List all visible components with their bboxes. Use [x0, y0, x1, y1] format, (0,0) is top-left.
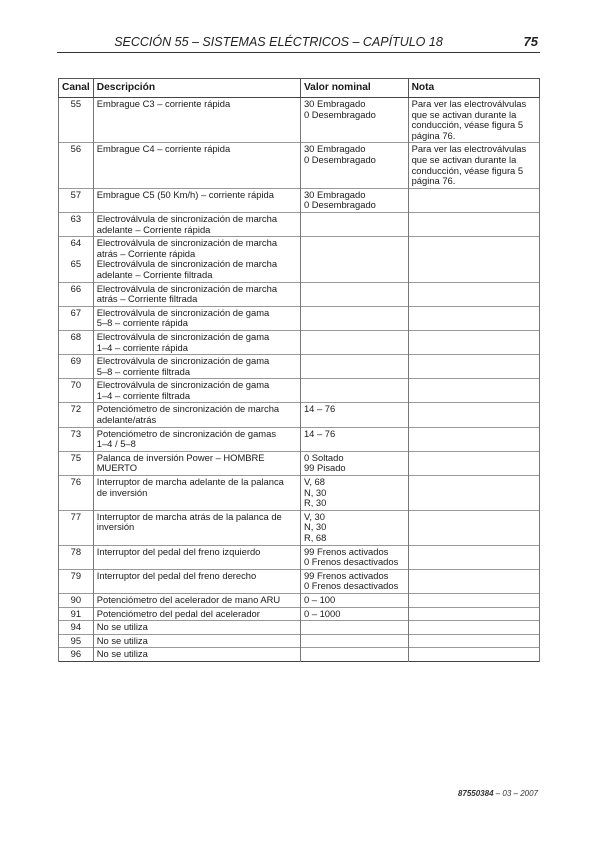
cell-canal: 90	[59, 594, 94, 608]
cell-nota: Para ver las electroválvulasque se activ…	[408, 98, 539, 143]
table-row: 67Electroválvula de sincronización de ga…	[59, 306, 540, 330]
cell-text: 69	[59, 356, 93, 367]
cell-valor-nominal: 30 Embragado0 Desembragado	[300, 188, 408, 212]
table-row: 95No se utiliza	[59, 634, 540, 648]
cell-text: 0 Desembragado	[304, 110, 405, 121]
cell-text: R, 68	[304, 533, 405, 544]
cell-text: Embrague C5 (50 Km/h) – corriente rápida	[97, 190, 297, 201]
cell-nota	[408, 569, 539, 593]
cell-canal: 75	[59, 451, 94, 475]
cell-descripcion: Electroválvula de sincronización de marc…	[93, 237, 300, 282]
cell-text: de inversión	[97, 488, 297, 499]
cell-text: 1–4 – corriente filtrada	[97, 391, 297, 402]
cell-text: 68	[59, 332, 93, 343]
document-number: 87550384	[458, 789, 494, 798]
cell-text: 66	[59, 284, 93, 295]
cell-text: 91	[59, 609, 93, 620]
cell-canal: 66	[59, 282, 94, 306]
cell-canal: 95	[59, 634, 94, 648]
cell-valor-nominal	[300, 634, 408, 648]
cell-text: R, 30	[304, 498, 405, 509]
cell-valor-nominal	[300, 212, 408, 236]
column-header-nota: Nota	[408, 79, 539, 98]
cell-text: atrás – Corriente filtrada	[97, 294, 297, 305]
cell-descripcion: Potenciómetro del pedal del acelerador	[93, 607, 300, 621]
cell-canal: 78	[59, 545, 94, 569]
table-row: 63Electroválvula de sincronización de ma…	[59, 212, 540, 236]
cell-valor-nominal: 14 – 76	[300, 403, 408, 427]
column-header-descripcion: Descripción	[93, 79, 300, 98]
cell-nota	[408, 306, 539, 330]
cell-text: 5–8 – corriente filtrada	[97, 367, 297, 378]
cell-valor-nominal	[300, 355, 408, 379]
cell-descripcion: Electroválvula de sincronización de gama…	[93, 379, 300, 403]
cell-valor-nominal: 99 Frenos activados0 Frenos desactivados	[300, 569, 408, 593]
cell-valor-nominal	[300, 621, 408, 635]
cell-descripcion: Electroválvula de sincronización de marc…	[93, 212, 300, 236]
cell-text: 79	[59, 571, 93, 582]
cell-text: 73	[59, 429, 93, 440]
cell-text: adelante/atrás	[97, 415, 297, 426]
table-row: 94No se utiliza	[59, 621, 540, 635]
table-row: 69Electroválvula de sincronización de ga…	[59, 355, 540, 379]
cell-canal: 56	[59, 143, 94, 188]
table-row: 72Potenciómetro de sincronización de mar…	[59, 403, 540, 427]
cell-text: Interruptor del pedal del freno derecho	[97, 571, 297, 582]
page-footer: 87550384 – 03 – 2007	[458, 789, 538, 798]
cell-nota	[408, 355, 539, 379]
table-row: 96No se utiliza	[59, 648, 540, 662]
cell-text: Para ver las electroválvulas	[412, 99, 536, 110]
cell-valor-nominal: 99 Frenos activados0 Frenos desactivados	[300, 545, 408, 569]
cell-text: 94	[59, 622, 93, 633]
cell-text: 0 Frenos desactivados	[304, 581, 405, 592]
cell-text: 63	[59, 214, 93, 225]
cell-descripcion: Electroválvula de sincronización de gama…	[93, 330, 300, 354]
cell-descripcion: Interruptor de marcha adelante de la pal…	[93, 476, 300, 511]
cell-descripcion: Potenciómetro del acelerador de mano ARU	[93, 594, 300, 608]
cell-text: Electroválvula de sincronización de gama	[97, 332, 297, 343]
cell-text: 0 – 100	[304, 595, 405, 606]
cell-text: página 76.	[412, 131, 536, 142]
cell-nota	[408, 188, 539, 212]
cell-text: 56	[59, 144, 93, 155]
cell-text: Potenciómetro del acelerador de mano ARU	[97, 595, 297, 606]
table-row: 56Embrague C4 – corriente rápida30 Embra…	[59, 143, 540, 188]
table-row: 68Electroválvula de sincronización de ga…	[59, 330, 540, 354]
cell-nota	[408, 545, 539, 569]
table-row: 70Electroválvula de sincronización de ga…	[59, 379, 540, 403]
cell-canal: 77	[59, 510, 94, 545]
cell-canal: 64 65	[59, 237, 94, 282]
cell-descripcion: No se utiliza	[93, 621, 300, 635]
table-row: 73Potenciómetro de sincronización de gam…	[59, 427, 540, 451]
cell-valor-nominal	[300, 282, 408, 306]
cell-text: adelante – Corriente filtrada	[97, 270, 297, 281]
section-title: SECCIÓN 55 – SISTEMAS ELÉCTRICOS – CAPÍT…	[57, 35, 500, 49]
cell-nota	[408, 330, 539, 354]
cell-text: 72	[59, 404, 93, 415]
cell-text: No se utiliza	[97, 622, 297, 633]
cell-text: inversión	[97, 522, 297, 533]
cell-text: 30 Embragado	[304, 99, 405, 110]
cell-valor-nominal: 30 Embragado0 Desembragado	[300, 98, 408, 143]
cell-valor-nominal: V, 68N, 30R, 30	[300, 476, 408, 511]
cell-descripcion: Embrague C3 – corriente rápida	[93, 98, 300, 143]
table-row: 64 65Electroválvula de sincronización de…	[59, 237, 540, 282]
cell-descripcion: Potenciómetro de sincronización de march…	[93, 403, 300, 427]
cell-descripcion: Electroválvula de sincronización de marc…	[93, 282, 300, 306]
cell-descripcion: Palanca de inversión Power – HOMBREMUERT…	[93, 451, 300, 475]
cell-text: 1–4 / 5–8	[97, 439, 297, 450]
cell-canal: 72	[59, 403, 94, 427]
cell-canal: 57	[59, 188, 94, 212]
cell-text: 5–8 – corriente rápida	[97, 318, 297, 329]
cell-nota	[408, 403, 539, 427]
cell-nota	[408, 607, 539, 621]
cell-canal: 79	[59, 569, 94, 593]
cell-valor-nominal: 0 – 1000	[300, 607, 408, 621]
cell-text: Interruptor del pedal del freno izquierd…	[97, 547, 297, 558]
cell-text: adelante – Corriente rápida	[97, 225, 297, 236]
cell-nota	[408, 648, 539, 662]
cell-canal: 73	[59, 427, 94, 451]
cell-text: 0 – 1000	[304, 609, 405, 620]
cell-canal: 63	[59, 212, 94, 236]
cell-text: 96	[59, 649, 93, 660]
cell-text: MUERTO	[97, 463, 297, 474]
cell-descripcion: Interruptor de marcha atrás de la palanc…	[93, 510, 300, 545]
cell-text: 78	[59, 547, 93, 558]
page-header: SECCIÓN 55 – SISTEMAS ELÉCTRICOS – CAPÍT…	[57, 30, 540, 53]
cell-text: que se activan durante la	[412, 155, 536, 166]
table-body: 55Embrague C3 – corriente rápida30 Embra…	[59, 98, 540, 662]
column-header-valor-nominal: Valor nominal	[300, 79, 408, 98]
table-row: 91Potenciómetro del pedal del acelerador…	[59, 607, 540, 621]
cell-text: 0 Desembragado	[304, 155, 405, 166]
cell-nota	[408, 451, 539, 475]
cell-descripcion: No se utiliza	[93, 634, 300, 648]
cell-text: 70	[59, 380, 93, 391]
table-header-row: Canal Descripción Valor nominal Nota	[59, 79, 540, 98]
cell-valor-nominal: 0 Soltado99 Pisado	[300, 451, 408, 475]
table-row: 55Embrague C3 – corriente rápida30 Embra…	[59, 98, 540, 143]
column-header-canal: Canal	[59, 79, 94, 98]
cell-descripcion: Electroválvula de sincronización de gama…	[93, 355, 300, 379]
cell-text: Potenciómetro del pedal del acelerador	[97, 609, 297, 620]
cell-text: 75	[59, 453, 93, 464]
cell-valor-nominal	[300, 330, 408, 354]
cell-text: No se utiliza	[97, 636, 297, 647]
document-date: – 03 – 2007	[494, 789, 538, 798]
cell-nota	[408, 476, 539, 511]
table-row: 90Potenciómetro del acelerador de mano A…	[59, 594, 540, 608]
table-row: 66Electroválvula de sincronización de ma…	[59, 282, 540, 306]
cell-valor-nominal	[300, 306, 408, 330]
cell-nota	[408, 379, 539, 403]
cell-descripcion: Potenciómetro de sincronización de gamas…	[93, 427, 300, 451]
cell-valor-nominal	[300, 237, 408, 282]
cell-text: 65	[59, 259, 93, 270]
cell-nota: Para ver las electroválvulasque se activ…	[408, 143, 539, 188]
cell-descripcion: Embrague C4 – corriente rápida	[93, 143, 300, 188]
cell-nota	[408, 237, 539, 282]
table-row: 76Interruptor de marcha adelante de la p…	[59, 476, 540, 511]
cell-canal: 94	[59, 621, 94, 635]
cell-text: 55	[59, 99, 93, 110]
cell-nota	[408, 212, 539, 236]
cell-text: 0 Frenos desactivados	[304, 557, 405, 568]
cell-descripcion: Interruptor del pedal del freno izquierd…	[93, 545, 300, 569]
cell-text: 1–4 – corriente rápida	[97, 343, 297, 354]
cell-text: 14 – 76	[304, 429, 405, 440]
cell-text: 0 Desembragado	[304, 200, 405, 211]
cell-valor-nominal: V, 30N, 30R, 68	[300, 510, 408, 545]
cell-valor-nominal	[300, 379, 408, 403]
cell-canal: 68	[59, 330, 94, 354]
cell-nota	[408, 621, 539, 635]
cell-canal: 69	[59, 355, 94, 379]
cell-descripcion: Embrague C5 (50 Km/h) – corriente rápida	[93, 188, 300, 212]
cell-text: página 76.	[412, 176, 536, 187]
cell-canal: 67	[59, 306, 94, 330]
cell-valor-nominal: 0 – 100	[300, 594, 408, 608]
cell-nota	[408, 594, 539, 608]
cell-descripcion: Electroválvula de sincronización de gama…	[93, 306, 300, 330]
cell-canal: 55	[59, 98, 94, 143]
cell-valor-nominal: 14 – 76	[300, 427, 408, 451]
cell-descripcion: No se utiliza	[93, 648, 300, 662]
cell-text: 90	[59, 595, 93, 606]
cell-text: Embrague C3 – corriente rápida	[97, 99, 297, 110]
cell-text: 99 Pisado	[304, 463, 405, 474]
cell-nota	[408, 634, 539, 648]
cell-text: Electroválvula de sincronización de marc…	[97, 214, 297, 225]
page-number: 75	[524, 34, 538, 49]
cell-text: 77	[59, 512, 93, 523]
table-row: 75Palanca de inversión Power – HOMBREMUE…	[59, 451, 540, 475]
cell-valor-nominal	[300, 648, 408, 662]
table-row: 78Interruptor del pedal del freno izquie…	[59, 545, 540, 569]
cell-text: Embrague C4 – corriente rápida	[97, 144, 297, 155]
cell-nota	[408, 427, 539, 451]
cell-text: 57	[59, 190, 93, 201]
cell-canal: 96	[59, 648, 94, 662]
cell-nota	[408, 282, 539, 306]
cell-canal: 70	[59, 379, 94, 403]
cell-nota	[408, 510, 539, 545]
table-row: 57Embrague C5 (50 Km/h) – corriente rápi…	[59, 188, 540, 212]
cell-text: No se utiliza	[97, 649, 297, 660]
cell-descripcion: Interruptor del pedal del freno derecho	[93, 569, 300, 593]
cell-canal: 76	[59, 476, 94, 511]
cell-canal: 91	[59, 607, 94, 621]
channel-table: Canal Descripción Valor nominal Nota 55E…	[58, 78, 540, 662]
table-row: 77Interruptor de marcha atrás de la pala…	[59, 510, 540, 545]
cell-text: 67	[59, 308, 93, 319]
cell-valor-nominal: 30 Embragado0 Desembragado	[300, 143, 408, 188]
table-row: 79Interruptor del pedal del freno derech…	[59, 569, 540, 593]
cell-text: 95	[59, 636, 93, 647]
cell-text: 14 – 76	[304, 404, 405, 415]
cell-text: 76	[59, 477, 93, 488]
